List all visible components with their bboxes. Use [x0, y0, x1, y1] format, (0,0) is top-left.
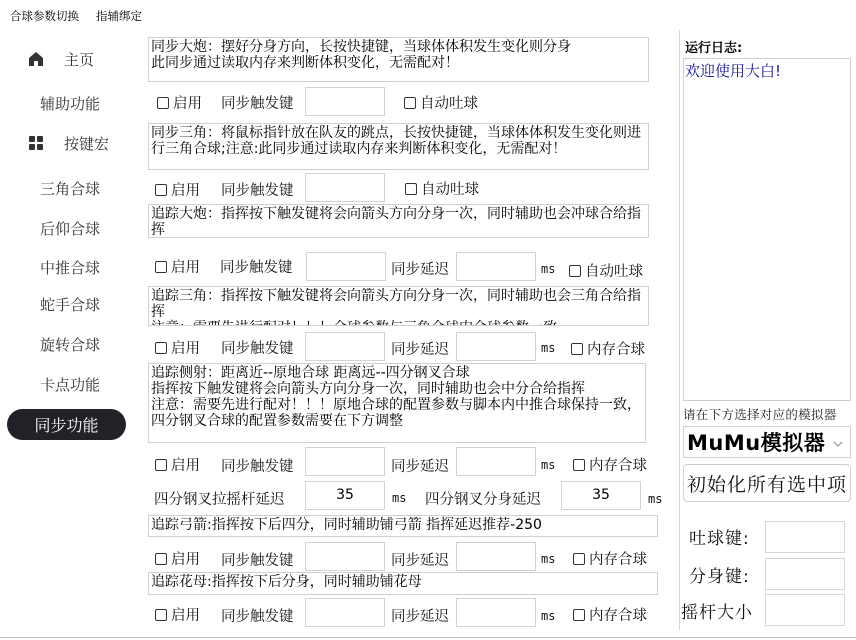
enable-label: 启用	[173, 92, 202, 113]
checkbox-box[interactable]	[573, 459, 585, 471]
trigger-key-label: 同步触发键	[221, 549, 294, 570]
memory-merge-label: 内存合球	[587, 338, 645, 359]
init-all-selected-button[interactable]: 初始化所有选中项	[683, 464, 851, 502]
track-bow-description: 追踪弓箭:指挥按下后四分，同时辅助铺弓箭 指挥延迟推荐-250	[148, 515, 658, 537]
checkbox-box[interactable]	[571, 343, 583, 355]
spit-key-label: 吐球键:	[689, 524, 750, 549]
track-triangle-enable-checkbox[interactable]: 启用	[155, 337, 200, 358]
sidebar-item-label: 后仰合球	[40, 218, 100, 239]
track-cannon-enable-checkbox[interactable]: 启用	[155, 256, 200, 277]
fork-split-delay-input[interactable]: 35	[561, 481, 641, 510]
track-cannon-auto-spit-checkbox[interactable]: 自动吐球	[569, 260, 643, 281]
auto-spit-label: 自动吐球	[585, 260, 643, 281]
memory-merge-label: 内存合球	[589, 454, 647, 475]
checkbox-box[interactable]	[155, 609, 167, 621]
sidebar-item-sync[interactable]: 同步功能	[7, 409, 126, 440]
sync-delay-label: 同步延迟	[391, 455, 449, 476]
sync-delay-label: 同步延迟	[391, 605, 449, 626]
sidebar-item-label: 蛇手合球	[40, 294, 100, 315]
chevron-down-icon	[832, 435, 844, 454]
ms-unit-label: ms	[541, 458, 555, 472]
spit-key-input[interactable]	[765, 521, 845, 553]
trigger-key-label: 同步触发键	[221, 337, 294, 358]
sidebar-item-label: 同步功能	[34, 413, 98, 436]
track-side-memory-merge-checkbox[interactable]: 内存合球	[573, 454, 647, 475]
track-bow-sync-delay-input[interactable]	[456, 542, 536, 571]
sync-triangle-enable-checkbox[interactable]: 启用	[155, 179, 200, 200]
auto-spit-label: 自动吐球	[421, 178, 479, 199]
sync-cannon-auto-spit-checkbox[interactable]: 自动吐球	[404, 92, 478, 113]
emulator-hint: 请在下方选择对应的模拟器	[683, 405, 837, 423]
menu-bar: 合球参数切换 指辅绑定	[0, 0, 856, 28]
track-flower-enable-checkbox[interactable]: 启用	[155, 604, 200, 625]
grid-icon	[28, 135, 44, 151]
trigger-key-label: 同步触发键	[221, 455, 294, 476]
checkbox-box[interactable]	[155, 342, 167, 354]
track-side-sync-delay-input[interactable]	[456, 447, 536, 476]
ms-unit-label: ms	[392, 491, 406, 505]
split-key-label: 分身键:	[689, 562, 750, 587]
sidebar-item-triangle[interactable]: 三角合球	[0, 172, 140, 204]
sync-triangle-description: 同步三角：将鼠标指针放在队友的跳点，长按快捷键，当球体体积发生变化则进行三角合球…	[148, 123, 649, 170]
track-flower-description: 追踪花母:指挥按下后分身，同时辅助铺花母	[148, 572, 658, 595]
sync-cannon-description: 同步大炮：摆好分身方向，长按快捷键，当球体体积发生变化则分身 此同步通过读取内存…	[148, 37, 649, 82]
sidebar-item-label: 三角合球	[40, 178, 100, 199]
ms-unit-label: ms	[648, 492, 662, 506]
log-title: 运行日志:	[685, 37, 742, 56]
sync-triangle-auto-spit-checkbox[interactable]: 自动吐球	[405, 178, 479, 199]
track-flower-trigger-key-input[interactable]	[305, 598, 385, 627]
trigger-key-label: 同步触发键	[221, 179, 294, 200]
fork-split-delay-label: 四分钢叉分身延迟	[425, 488, 541, 509]
menu-item-ball-params[interactable]: 合球参数切换	[10, 8, 79, 24]
track-triangle-sync-delay-input[interactable]	[456, 332, 536, 361]
track-cannon-description: 追踪大炮：指挥按下触发键将会向箭头方向分身一次，同时辅助也会冲球合给指挥	[148, 204, 649, 238]
sidebar-item-checkpoint[interactable]: 卡点功能	[0, 368, 140, 400]
track-triangle-description: 追踪三角：指挥按下触发键将会向箭头方向分身一次，同时辅助也会三角合给指挥 注意：…	[148, 286, 649, 326]
sidebar-item-label: 按键宏	[64, 133, 109, 154]
sidebar-item-label: 旋转合球	[40, 334, 100, 355]
memory-merge-label: 内存合球	[589, 548, 647, 569]
emulator-selected-value: MuMu模拟器	[687, 427, 825, 457]
enable-label: 启用	[171, 337, 200, 358]
ms-unit-label: ms	[541, 341, 555, 355]
ms-unit-label: ms	[541, 552, 555, 566]
fork-stick-delay-label: 四分钢叉拉摇杆延迟	[154, 488, 285, 509]
trigger-key-label: 同步触发键	[220, 256, 293, 277]
emulator-select[interactable]: MuMu模拟器	[683, 426, 851, 458]
track-bow-trigger-key-input[interactable]	[305, 542, 385, 571]
sidebar-item-snake-hand[interactable]: 蛇手合球	[0, 288, 140, 320]
sidebar-item-lean-back[interactable]: 后仰合球	[0, 212, 140, 244]
bottom-divider	[0, 637, 856, 638]
sync-delay-label: 同步延迟	[391, 549, 449, 570]
sidebar-item-macro[interactable]: 按键宏	[0, 127, 140, 159]
sync-triangle-trigger-key-input[interactable]	[305, 173, 385, 202]
ms-unit-label: ms	[541, 609, 555, 623]
track-side-description: 追踪侧射：距离近--原地合球 距离远--四分钢叉合球 指挥按下触发键将会向箭头方…	[148, 363, 646, 443]
sidebar-item-middle-push[interactable]: 中推合球	[0, 251, 140, 283]
track-triangle-memory-merge-checkbox[interactable]: 内存合球	[571, 338, 645, 359]
right-panel-divider	[679, 30, 680, 630]
sync-cannon-enable-checkbox[interactable]: 启用	[157, 92, 202, 113]
sidebar-item-label: 卡点功能	[40, 374, 100, 395]
menu-item-command-binding[interactable]: 指辅绑定	[96, 8, 142, 24]
checkbox-box[interactable]	[569, 265, 581, 277]
enable-label: 启用	[171, 604, 200, 625]
checkbox-box[interactable]	[155, 553, 167, 565]
track-triangle-trigger-key-input[interactable]	[305, 332, 385, 361]
checkbox-box[interactable]	[157, 97, 169, 109]
stick-size-label: 摇杆大小	[681, 598, 753, 623]
sidebar-item-label: 辅助功能	[40, 93, 100, 114]
track-flower-memory-merge-checkbox[interactable]: 内存合球	[573, 604, 647, 625]
sidebar-item-label: 主页	[64, 49, 94, 70]
sync-delay-label: 同步延迟	[391, 338, 449, 359]
log-text: 欢迎使用大白!	[685, 62, 781, 80]
trigger-key-label: 同步触发键	[221, 92, 294, 113]
checkbox-box[interactable]	[404, 97, 416, 109]
enable-label: 启用	[171, 454, 200, 475]
track-flower-sync-delay-input[interactable]	[456, 598, 536, 627]
enable-label: 启用	[171, 179, 200, 200]
enable-label: 启用	[171, 548, 200, 569]
track-cannon-trigger-key-input[interactable]	[306, 252, 386, 281]
sidebar-item-label: 中推合球	[40, 257, 100, 278]
stick-size-input[interactable]	[765, 594, 845, 626]
checkbox-box[interactable]	[573, 609, 585, 621]
sync-delay-label: 同步延迟	[391, 258, 449, 279]
track-side-enable-checkbox[interactable]: 启用	[155, 454, 200, 475]
sidebar-item-home[interactable]: 主页	[0, 43, 140, 75]
fork-stick-delay-input[interactable]: 35	[305, 481, 385, 510]
checkbox-box[interactable]	[405, 183, 417, 195]
sidebar-item-rotate[interactable]: 旋转合球	[0, 328, 140, 360]
memory-merge-label: 内存合球	[589, 604, 647, 625]
trigger-key-label: 同步触发键	[221, 605, 294, 626]
checkbox-box[interactable]	[155, 261, 167, 273]
home-icon	[28, 51, 44, 67]
sync-cannon-trigger-key-input[interactable]	[305, 87, 385, 116]
checkbox-box[interactable]	[573, 553, 585, 565]
track-bow-memory-merge-checkbox[interactable]: 内存合球	[573, 548, 647, 569]
split-key-input[interactable]	[765, 558, 845, 590]
log-output[interactable]: 欢迎使用大白!	[683, 58, 851, 401]
track-side-trigger-key-input[interactable]	[305, 447, 385, 476]
checkbox-box[interactable]	[155, 184, 167, 196]
track-bow-enable-checkbox[interactable]: 启用	[155, 548, 200, 569]
ms-unit-label: ms	[541, 262, 555, 276]
checkbox-box[interactable]	[155, 459, 167, 471]
sidebar-item-assist[interactable]: 辅助功能	[0, 87, 140, 119]
sidebar: 主页 辅助功能 按键宏 三角合球 后仰合球 中推合球 蛇手合球 旋转合球 卡点功…	[0, 28, 140, 640]
auto-spit-label: 自动吐球	[420, 92, 478, 113]
enable-label: 启用	[171, 256, 200, 277]
track-cannon-sync-delay-input[interactable]	[456, 252, 536, 281]
